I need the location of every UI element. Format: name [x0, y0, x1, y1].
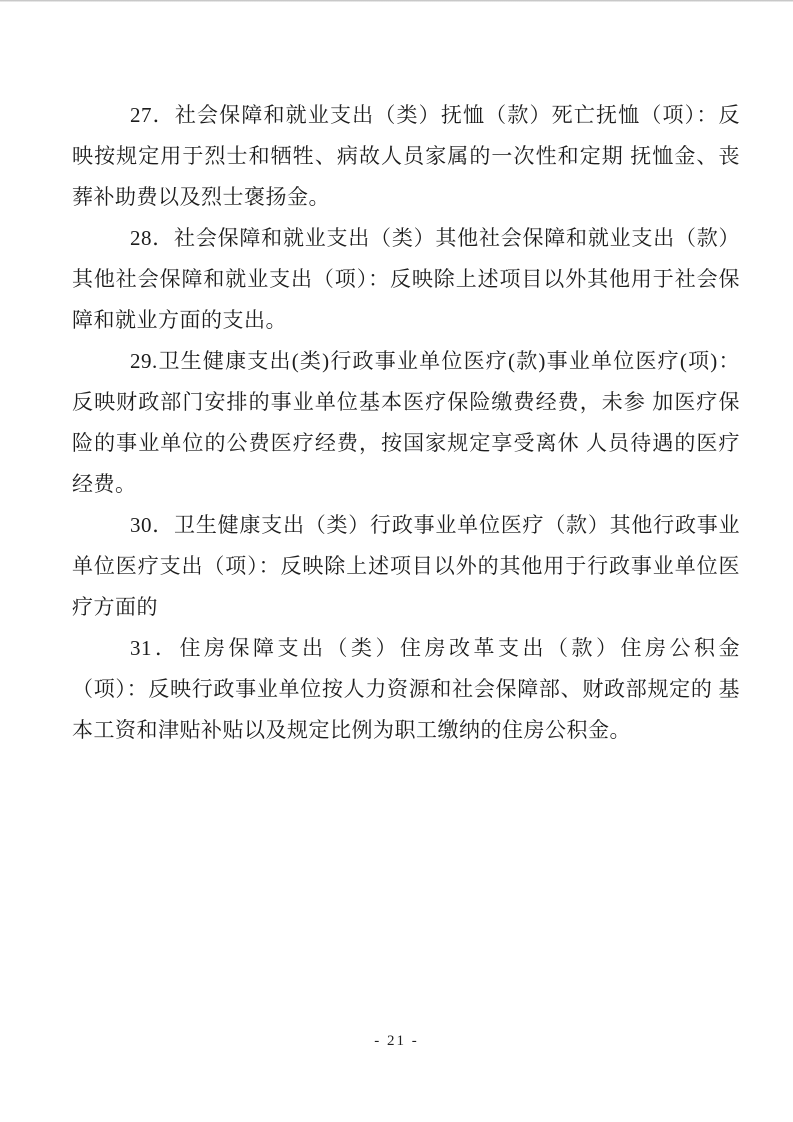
- text-block: 27．社会保障和就业支出（类）抚恤（款）死亡抚恤（项）：反映按规定用于烈士和牺牲…: [72, 95, 740, 751]
- paragraph-31: 31．住房保障支出（类）住房改革支出（款）住房公积金（项）：反映行政事业单位按人…: [72, 628, 740, 751]
- paragraph-29: 29.卫生健康支出(类)行政事业单位医疗(款)事业单位医疗(项)：反映财政部门安…: [72, 341, 740, 505]
- scan-edge-artifact: [0, 0, 793, 2]
- paragraph-30: 30．卫生健康支出（类）行政事业单位医疗（款）其他行政事业单位医疗支出（项）：反…: [72, 505, 740, 628]
- paragraph-28: 28．社会保障和就业支出（类）其他社会保障和就业支出（款）其他社会保障和就业支出…: [72, 218, 740, 341]
- paragraph-27: 27．社会保障和就业支出（类）抚恤（款）死亡抚恤（项）：反映按规定用于烈士和牺牲…: [72, 95, 740, 218]
- page-footer: - 21 -: [0, 1032, 793, 1050]
- page-number: - 21 -: [374, 1033, 419, 1049]
